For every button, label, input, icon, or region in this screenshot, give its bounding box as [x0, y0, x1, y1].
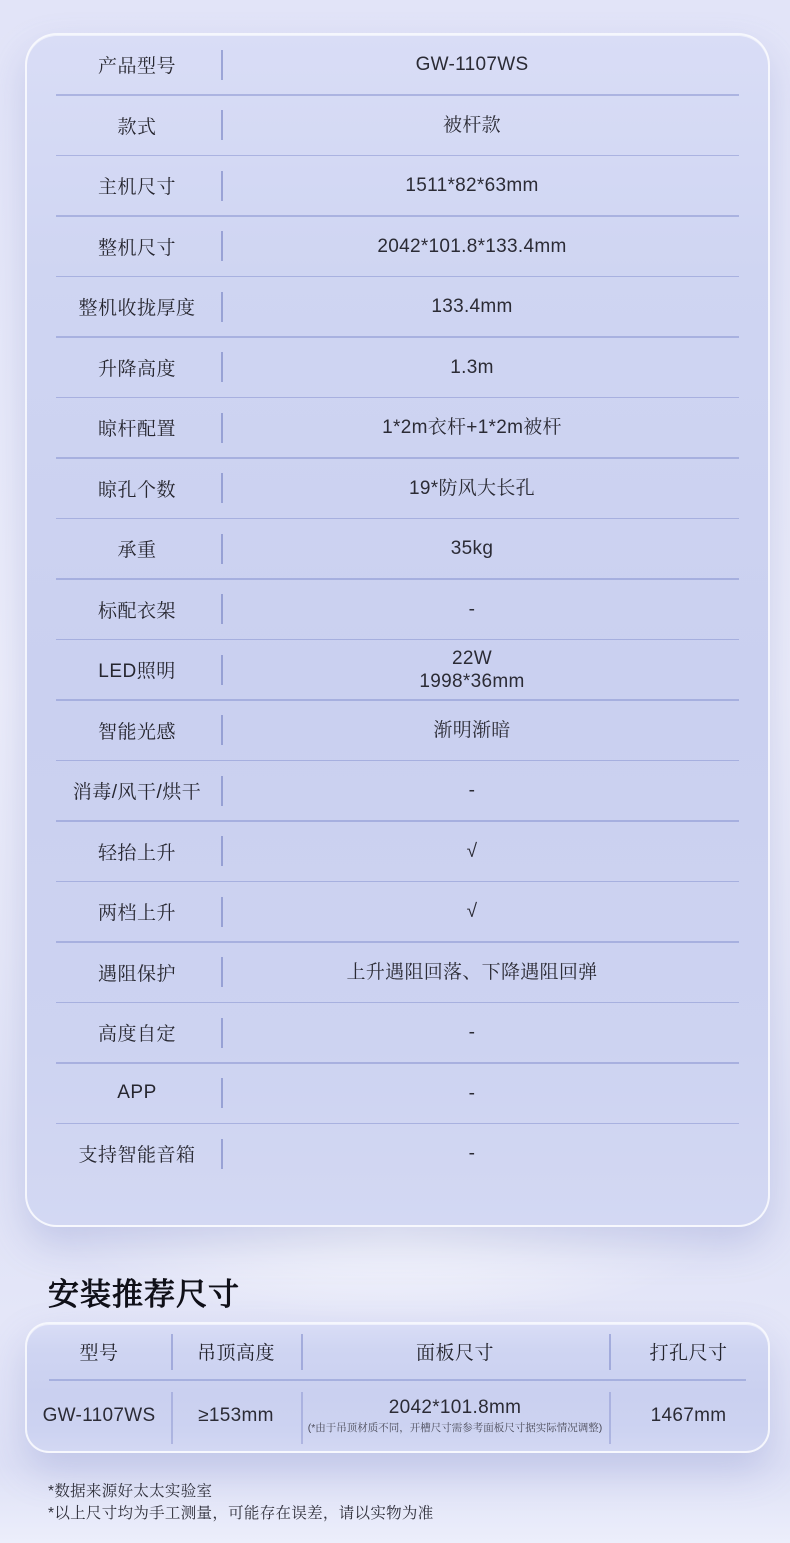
spec-row: APP-: [27, 1064, 768, 1123]
spec-value: 上升遇阻回落、下降遇阻回弹: [223, 961, 768, 984]
install-panel-size-note: (*由于吊顶材质不同，开槽尺寸需参考面板尺寸据实际情况调整): [308, 1422, 603, 1434]
spec-value: 19*防风大长孔: [223, 477, 768, 500]
spec-value: 1511*82*63mm: [223, 174, 768, 197]
spec-label: 支持智能音箱: [27, 1140, 221, 1167]
spec-value: 1*2m衣杆+1*2m被杆: [223, 416, 768, 439]
spec-table-card: 产品型号GW-1107WS款式被杆款主机尺寸1511*82*63mm整机尺寸20…: [25, 33, 770, 1227]
spec-row: 消毒/风干/烘干-: [27, 761, 768, 820]
spec-label: 智能光感: [27, 717, 221, 744]
spec-value: 35kg: [223, 537, 768, 560]
spec-label: LED照明: [27, 656, 221, 683]
install-ceiling-height-value: ≥153mm: [171, 1405, 301, 1427]
footnote-line: *以上尺寸均为手工测量，可能存在误差，请以实物为准: [48, 1503, 434, 1525]
spec-value: -: [223, 779, 768, 802]
spec-value: 133.4mm: [223, 295, 768, 318]
spec-value: -: [223, 598, 768, 621]
spec-label: 整机收拢厚度: [27, 293, 221, 320]
spec-label: 款式: [27, 112, 221, 139]
spec-row: 标配衣架-: [27, 580, 768, 639]
install-table-header-cell: 吊顶高度: [171, 1338, 301, 1365]
spec-label: 主机尺寸: [27, 172, 221, 199]
install-model-value: GW-1107WS: [27, 1405, 171, 1427]
spec-label: 两档上升: [27, 898, 221, 925]
spec-row: 晾杆配置1*2m衣杆+1*2m被杆: [27, 398, 768, 457]
install-table-header-row: 型号吊顶高度面板尺寸打孔尺寸: [27, 1324, 768, 1379]
spec-value: GW-1107WS: [223, 53, 768, 76]
footnotes: *数据来源好太太实验室 *以上尺寸均为手工测量，可能存在误差，请以实物为准: [48, 1481, 434, 1525]
spec-row: 款式被杆款: [27, 96, 768, 155]
install-hole-size-value: 1467mm: [609, 1405, 768, 1427]
install-section-title: 安装推荐尺寸: [48, 1269, 240, 1314]
column-divider: [609, 1334, 611, 1370]
spec-value: -: [223, 1082, 768, 1105]
spec-value: √: [223, 900, 768, 923]
spec-value: 1.3m: [223, 356, 768, 379]
spec-label: 升降高度: [27, 354, 221, 381]
spec-row: 轻抬上升√: [27, 822, 768, 881]
install-table-header-cell: 型号: [27, 1338, 171, 1365]
column-divider: [609, 1392, 611, 1444]
spec-value: 22W 1998*36mm: [223, 647, 768, 693]
install-table-header-cell: 打孔尺寸: [609, 1338, 768, 1365]
install-table-card: 型号吊顶高度面板尺寸打孔尺寸 GW-1107WS ≥153mm 2042*101…: [25, 1322, 770, 1453]
column-divider: [301, 1392, 303, 1444]
spec-row: 支持智能音箱-: [27, 1124, 768, 1183]
spec-label: 承重: [27, 535, 221, 562]
column-divider: [171, 1334, 173, 1370]
spec-label: 晾杆配置: [27, 414, 221, 441]
spec-row: LED照明22W 1998*36mm: [27, 640, 768, 699]
spec-value: √: [223, 840, 768, 863]
spec-value: 2042*101.8*133.4mm: [223, 235, 768, 258]
column-divider: [171, 1392, 173, 1444]
spec-label: APP: [27, 1082, 221, 1104]
spec-row: 高度自定-: [27, 1003, 768, 1062]
spec-label: 标配衣架: [27, 596, 221, 623]
column-divider: [301, 1334, 303, 1370]
spec-row: 承重35kg: [27, 519, 768, 578]
spec-label: 整机尺寸: [27, 233, 221, 260]
footnote-line: *数据来源好太太实验室: [48, 1481, 434, 1503]
spec-row: 智能光感渐明渐暗: [27, 701, 768, 760]
spec-label: 消毒/风干/烘干: [27, 777, 221, 804]
spec-value: -: [223, 1021, 768, 1044]
spec-row: 整机尺寸2042*101.8*133.4mm: [27, 217, 768, 276]
spec-row: 主机尺寸1511*82*63mm: [27, 156, 768, 215]
install-table-data-row: GW-1107WS ≥153mm 2042*101.8mm (*由于吊顶材质不同…: [27, 1380, 768, 1451]
spec-value: 渐明渐暗: [223, 719, 768, 742]
spec-label: 产品型号: [27, 51, 221, 78]
spec-row: 产品型号GW-1107WS: [27, 35, 768, 94]
spec-label: 高度自定: [27, 1019, 221, 1046]
spec-row: 晾孔个数19*防风大长孔: [27, 459, 768, 518]
spec-row: 整机收拢厚度133.4mm: [27, 277, 768, 336]
spec-row: 两档上升√: [27, 882, 768, 941]
spec-row: 升降高度1.3m: [27, 338, 768, 397]
install-panel-size-cell: 2042*101.8mm (*由于吊顶材质不同，开槽尺寸需参考面板尺寸据实际情况…: [301, 1397, 609, 1434]
spec-label: 遇阻保护: [27, 959, 221, 986]
spec-label: 轻抬上升: [27, 838, 221, 865]
spec-row: 遇阻保护上升遇阻回落、下降遇阻回弹: [27, 943, 768, 1002]
spec-label: 晾孔个数: [27, 475, 221, 502]
install-table-header-cell: 面板尺寸: [301, 1338, 609, 1365]
product-spec-page: 产品型号GW-1107WS款式被杆款主机尺寸1511*82*63mm整机尺寸20…: [0, 0, 790, 1543]
spec-value: -: [223, 1142, 768, 1165]
spec-value: 被杆款: [223, 114, 768, 137]
install-panel-size-value: 2042*101.8mm: [389, 1397, 521, 1419]
